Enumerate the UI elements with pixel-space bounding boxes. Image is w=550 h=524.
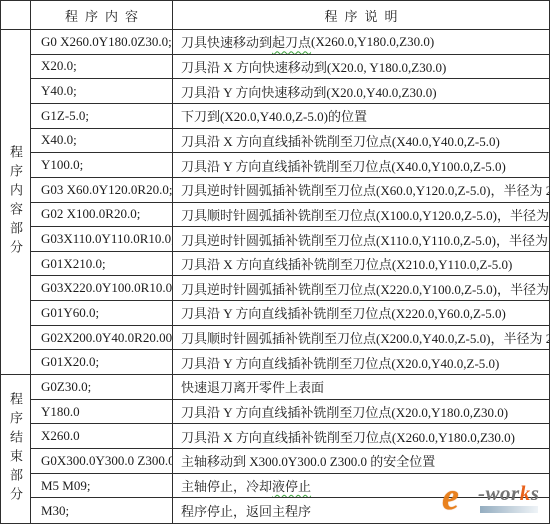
program-code-cell: G0X300.0Y300.0 Z300.0; — [31, 449, 173, 474]
program-description-cell: 刀具沿 Y 方向直线插补铣削至刀位点(X20.0,Y40.0,Z-5.0) — [173, 350, 549, 375]
program-description-cell: 刀具沿 X 方向快速移动到(X20.0, Y180.0,Z30.0) — [173, 55, 549, 80]
header-program-description: 程序说明 — [173, 1, 549, 29]
header-program-content: 程序内容 — [31, 1, 173, 29]
program-description-cell: 刀具逆时针圆弧插补铣削至刀位点(X60.0,Y120.0,Z-5.0)，半径为 … — [173, 178, 549, 203]
program-code-cell: G01X210.0; — [31, 252, 173, 277]
program-code-cell: G03X220.0Y100.0R10.0; — [31, 276, 173, 301]
program-description-cell: 刀具沿 Y 方向直线插补铣削至刀位点(X40.0,Y100.0,Z-5.0) — [173, 153, 549, 178]
gcode-program-table: 程序内容 程序说明 程序内容部分 程序结束部分 G0 X260.0Y180.0Z… — [0, 0, 550, 524]
program-description-cell: 刀具沿 X 方向直线插补铣削至刀位点(X40.0,Y40.0,Z-5.0) — [173, 129, 549, 154]
program-code-cell: G03 X60.0Y120.0R20.0; — [31, 178, 173, 203]
program-description-cell: 刀具沿 X 方向直线插补铣削至刀位点(X210.0,Y110.0,Z-5.0) — [173, 252, 549, 277]
spellcheck-squiggle: 液停止 — [272, 476, 311, 495]
eworks-wordmark: -works — [478, 482, 539, 504]
wordmark-k: k — [520, 481, 531, 505]
header-corner-cell — [1, 1, 31, 29]
program-description-cell: 刀具顺时针圆弧插补铣削至刀位点(X100.0,Y120.0,Z-5.0)，半径为… — [173, 203, 549, 228]
program-description-cell: 刀具沿 Y 方向直线插补铣削至刀位点(X220.0,Y60.0,Z-5.0) — [173, 301, 549, 326]
program-code-cell: G1Z-5.0; — [31, 104, 173, 129]
program-code-cell: X260.0 — [31, 424, 173, 449]
program-description-cell: 主轴移动到 X300.0Y300.0 Z300.0 的安全位置 — [173, 449, 549, 474]
wordmark-part: s — [531, 481, 540, 505]
program-code-cell: G01X20.0; — [31, 350, 173, 375]
program-code-cell: X40.0; — [31, 129, 173, 154]
program-description-cell: 刀具逆时针圆弧插补铣削至刀位点(X220.0,Y100.0,Z-5.0)，半径为… — [173, 276, 549, 301]
program-description-cell: 刀具沿 X 方向直线插补铣削至刀位点(X260.0,Y180.0,Z30.0) — [173, 424, 549, 449]
program-code-cell: G01Y60.0; — [31, 301, 173, 326]
group-label-text: 程序内容部分 — [9, 145, 22, 259]
spellcheck-squiggle: 起刀点 — [272, 32, 311, 51]
program-code-cell: X20.0; — [31, 55, 173, 80]
program-description-cell: 刀具逆时针圆弧插补铣削至刀位点(X110.0,Y110.0,Z-5.0)，半径为… — [173, 227, 549, 252]
program-description-cell: 刀具沿 Y 方向直线插补铣削至刀位点(X20.0,Y180.0,Z30.0) — [173, 400, 549, 425]
program-code-cell: G0 X260.0Y180.0Z30.0; — [31, 30, 173, 55]
program-description-cell: 下刀到(X20.0,Y40.0,Z-5.0)的位置 — [173, 104, 549, 129]
group-label-program-content: 程序内容部分 — [1, 30, 31, 375]
group-label-program-end: 程序结束部分 — [1, 375, 31, 523]
program-code-cell: G02 X100.0R20.0; — [31, 203, 173, 228]
eworks-watermark-logo: e -works — [442, 482, 548, 520]
program-code-cell: Y180.0 — [31, 400, 173, 425]
table-header-row: 程序内容 程序说明 — [1, 1, 549, 30]
eworks-e-glyph: e — [442, 478, 459, 516]
program-description-cell: 刀具快速移动到起刀点(X260.0,Y180.0,Z30.0) — [173, 30, 549, 55]
wordmark-part: -wor — [478, 481, 520, 505]
document-page: 程序内容 程序说明 程序内容部分 程序结束部分 G0 X260.0Y180.0Z… — [0, 0, 550, 524]
program-code-cell: M30; — [31, 498, 173, 523]
program-code-cell: Y100.0; — [31, 153, 173, 178]
eworks-underline-bar — [480, 506, 538, 513]
program-description-cell: 刀具顺时针圆弧插补铣削至刀位点(X200.0,Y40.0,Z-5.0)，半径为 … — [173, 326, 549, 351]
program-code-cell: Y40.0; — [31, 79, 173, 104]
program-code-cell: G02X200.0Y40.0R20.00; — [31, 326, 173, 351]
program-description-cell: 刀具沿 Y 方向快速移动到(X20.0,Y40.0,Z30.0) — [173, 79, 549, 104]
table-body: 程序内容部分 程序结束部分 G0 X260.0Y180.0Z30.0;刀具快速移… — [1, 30, 549, 523]
group-label-text: 程序结束部分 — [9, 392, 22, 506]
program-code-cell: G03X110.0Y110.0R10.0; — [31, 227, 173, 252]
program-code-cell: M5 M09; — [31, 474, 173, 499]
program-description-cell: 快速退刀离开零件上表面 — [173, 375, 549, 400]
program-code-cell: G0Z30.0; — [31, 375, 173, 400]
